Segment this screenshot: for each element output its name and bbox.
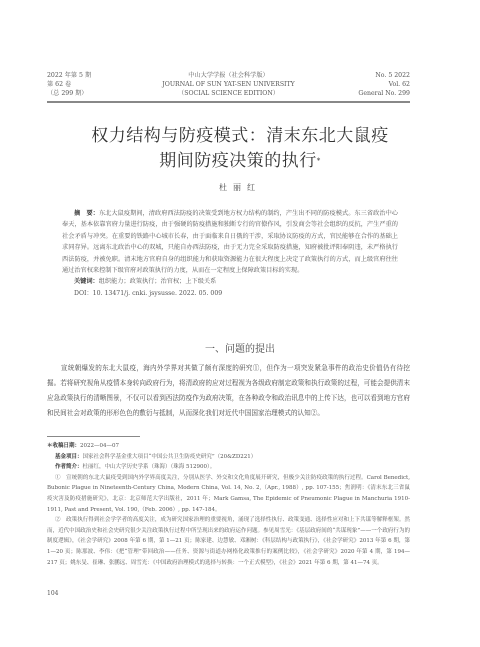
volume-en: Vol. 62 (358, 80, 410, 89)
journal-name-cn: 中山大学学报（社会科学版） (47, 71, 410, 80)
title-line-2-wrap: 期间防疫决策的执行* (0, 149, 480, 174)
footnote-2: ② 政策执行得到社会学学者的高度关注，成为研究国家治理的重要视角，涌现了选择性执… (47, 515, 410, 568)
keywords-text: 组织能力；政策执行；治官权；上下级关系 (99, 278, 217, 285)
footnotes: ＊收稿日期：2022—04—07 基金项目：国家社会科学基金重大项目“中国公共卫… (47, 441, 410, 568)
received-label: ＊收稿日期： (47, 443, 80, 449)
section-heading: 一、问题的提出 (0, 340, 480, 355)
fund-value: 国家社会科学基金重大项目“中国公共卫生防疫史研究”（20&ZD221） (83, 454, 257, 460)
bio-label: 作者简介： (55, 464, 83, 470)
article-title: 权力结构与防疫模式：清末东北大鼠疫 期间防疫决策的执行* (0, 124, 480, 174)
received-value: 2022—04—07 (80, 443, 119, 449)
header-journal-name: 中山大学学报（社会科学版） JOURNAL OF SUN YAT-SEN UNI… (47, 71, 410, 98)
title-footnote-mark: * (317, 157, 321, 165)
general-no-en: General No. 299 (358, 89, 410, 98)
fund-label: 基金项目： (55, 454, 83, 460)
journal-edition-en: （SOCIAL SCIENCE EDITION） (47, 89, 410, 98)
keywords-label: 关键词： (74, 278, 99, 285)
header-issue-en: No. 5 2022 Vol. 62 General No. 299 (358, 71, 410, 98)
issue-en: No. 5 2022 (358, 71, 410, 80)
fund-project: 基金项目：国家社会科学基金重大项目“中国公共卫生防疫史研究”（20&ZD221） (47, 452, 410, 463)
footnote-divider (47, 436, 140, 437)
doi-line: DOI：10. 13471/j. cnki. jsysusse. 2022. 0… (62, 288, 398, 299)
bio-value: 杜丽红，中山大学历史学系（珠海）（珠海 512900）。 (83, 464, 216, 470)
keywords-line: 关键词：组织能力；政策执行；治官权；上下级关系 (62, 276, 398, 287)
body-paragraph: 宣统朝爆发的东北大鼠疫，海内外学界对其做了颇有深度的研究①，但作为一项突发紧急事… (47, 361, 410, 421)
author-name: 杜丽红 (0, 182, 480, 193)
abstract-block: 摘 要：东北大鼠疫期间，清政府西法防疫的决策受到地方权力结构的制约，产生出不同的… (62, 208, 398, 299)
received-date: ＊收稿日期：2022—04—07 (47, 441, 410, 452)
journal-name-en: JOURNAL OF SUN YAT-SEN UNIVERSITY (47, 80, 410, 89)
footnote-1: ① 宣统朝的东北大鼠疫受到国内外学界高度关注，分别从医学、外交和文化角度展开研究… (47, 473, 410, 515)
journal-page: 2022 年第 5 期 第 62 卷 （总 299 期） 中山大学学报（社会科学… (0, 0, 480, 647)
abstract-paragraph: 摘 要：东北大鼠疫期间，清政府西法防疫的决策受到地方权力结构的制约，产生出不同的… (62, 208, 398, 276)
title-line-1: 权力结构与防疫模式：清末东北大鼠疫 (0, 124, 480, 149)
title-line-2: 期间防疫决策的执行 (159, 151, 317, 171)
header-divider (47, 101, 410, 103)
page-number: 104 (47, 590, 58, 597)
abstract-label: 摘 要： (74, 210, 99, 217)
abstract-text: 东北大鼠疫期间，清政府西法防疫的决策受到地方权力结构的制约，产生出不同的防疫模式… (62, 210, 398, 274)
author-bio: 作者简介：杜丽红，中山大学历史学系（珠海）（珠海 512900）。 (47, 462, 410, 473)
